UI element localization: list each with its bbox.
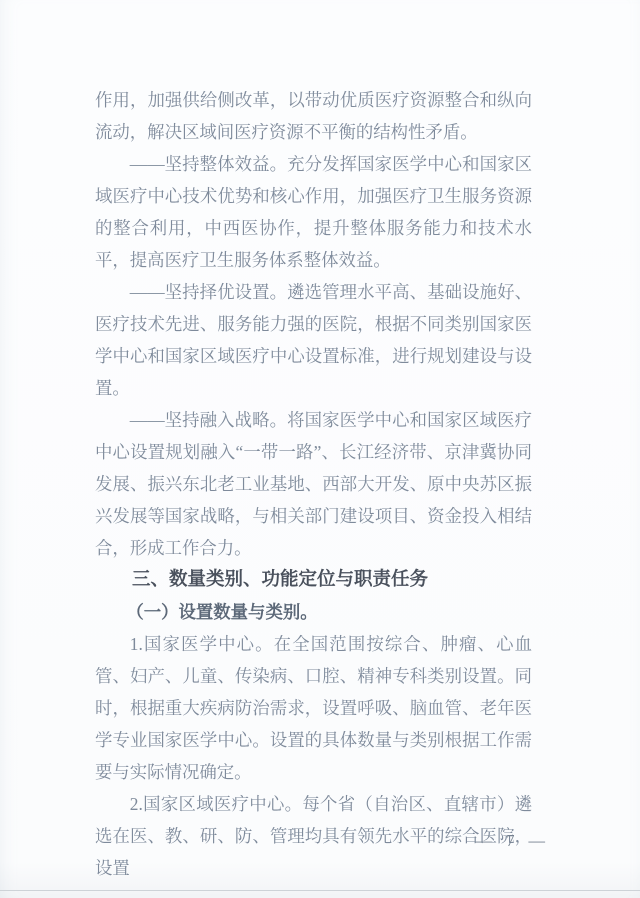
paragraph-national-medical-centers: 1.国家医学中心。在全国范围按综合、肿瘤、心血管、妇产、儿童、传染病、口腔、精神… [95,628,532,788]
section-heading: 三、数量类别、功能定位与职责任务 [95,564,532,596]
paragraph-principle-overall-benefit: ——坚持整体效益。充分发挥国家医学中心和国家区域医疗中心技术优势和核心作用，加强… [95,148,532,276]
page-footer: — 7 — [476,831,546,851]
footer-dash-left: — [476,831,494,851]
paragraph-continuation: 作用，加强供给侧改革，以带动优质医疗资源整合和纵向流动，解决区域间医疗资源不平衡… [95,84,532,148]
document-body: 作用，加强供给侧改革，以带动优质医疗资源整合和纵向流动，解决区域间医疗资源不平衡… [95,84,532,884]
scan-bottom-edge [0,890,640,891]
page-number: 7 [506,831,515,851]
footer-dash-right: — [529,831,547,851]
document-page: 作用，加强供给侧改革，以带动优质医疗资源整合和纵向流动，解决区域间医疗资源不平衡… [0,0,640,898]
paragraph-principle-merit-selection: ——坚持择优设置。遴选管理水平高、基础设施好、医疗技术先进、服务能力强的医院，根… [95,276,532,404]
paragraph-regional-medical-centers: 2.国家区域医疗中心。每个省（自治区、直辖市）遴选在医、教、研、防、管理均具有领… [95,788,532,884]
subsection-heading: （一）设置数量与类别。 [95,596,532,628]
paragraph-principle-strategy-integration: ——坚持融入战略。将国家医学中心和国家区域医疗中心设置规划融入“一带一路”、长江… [95,404,532,564]
